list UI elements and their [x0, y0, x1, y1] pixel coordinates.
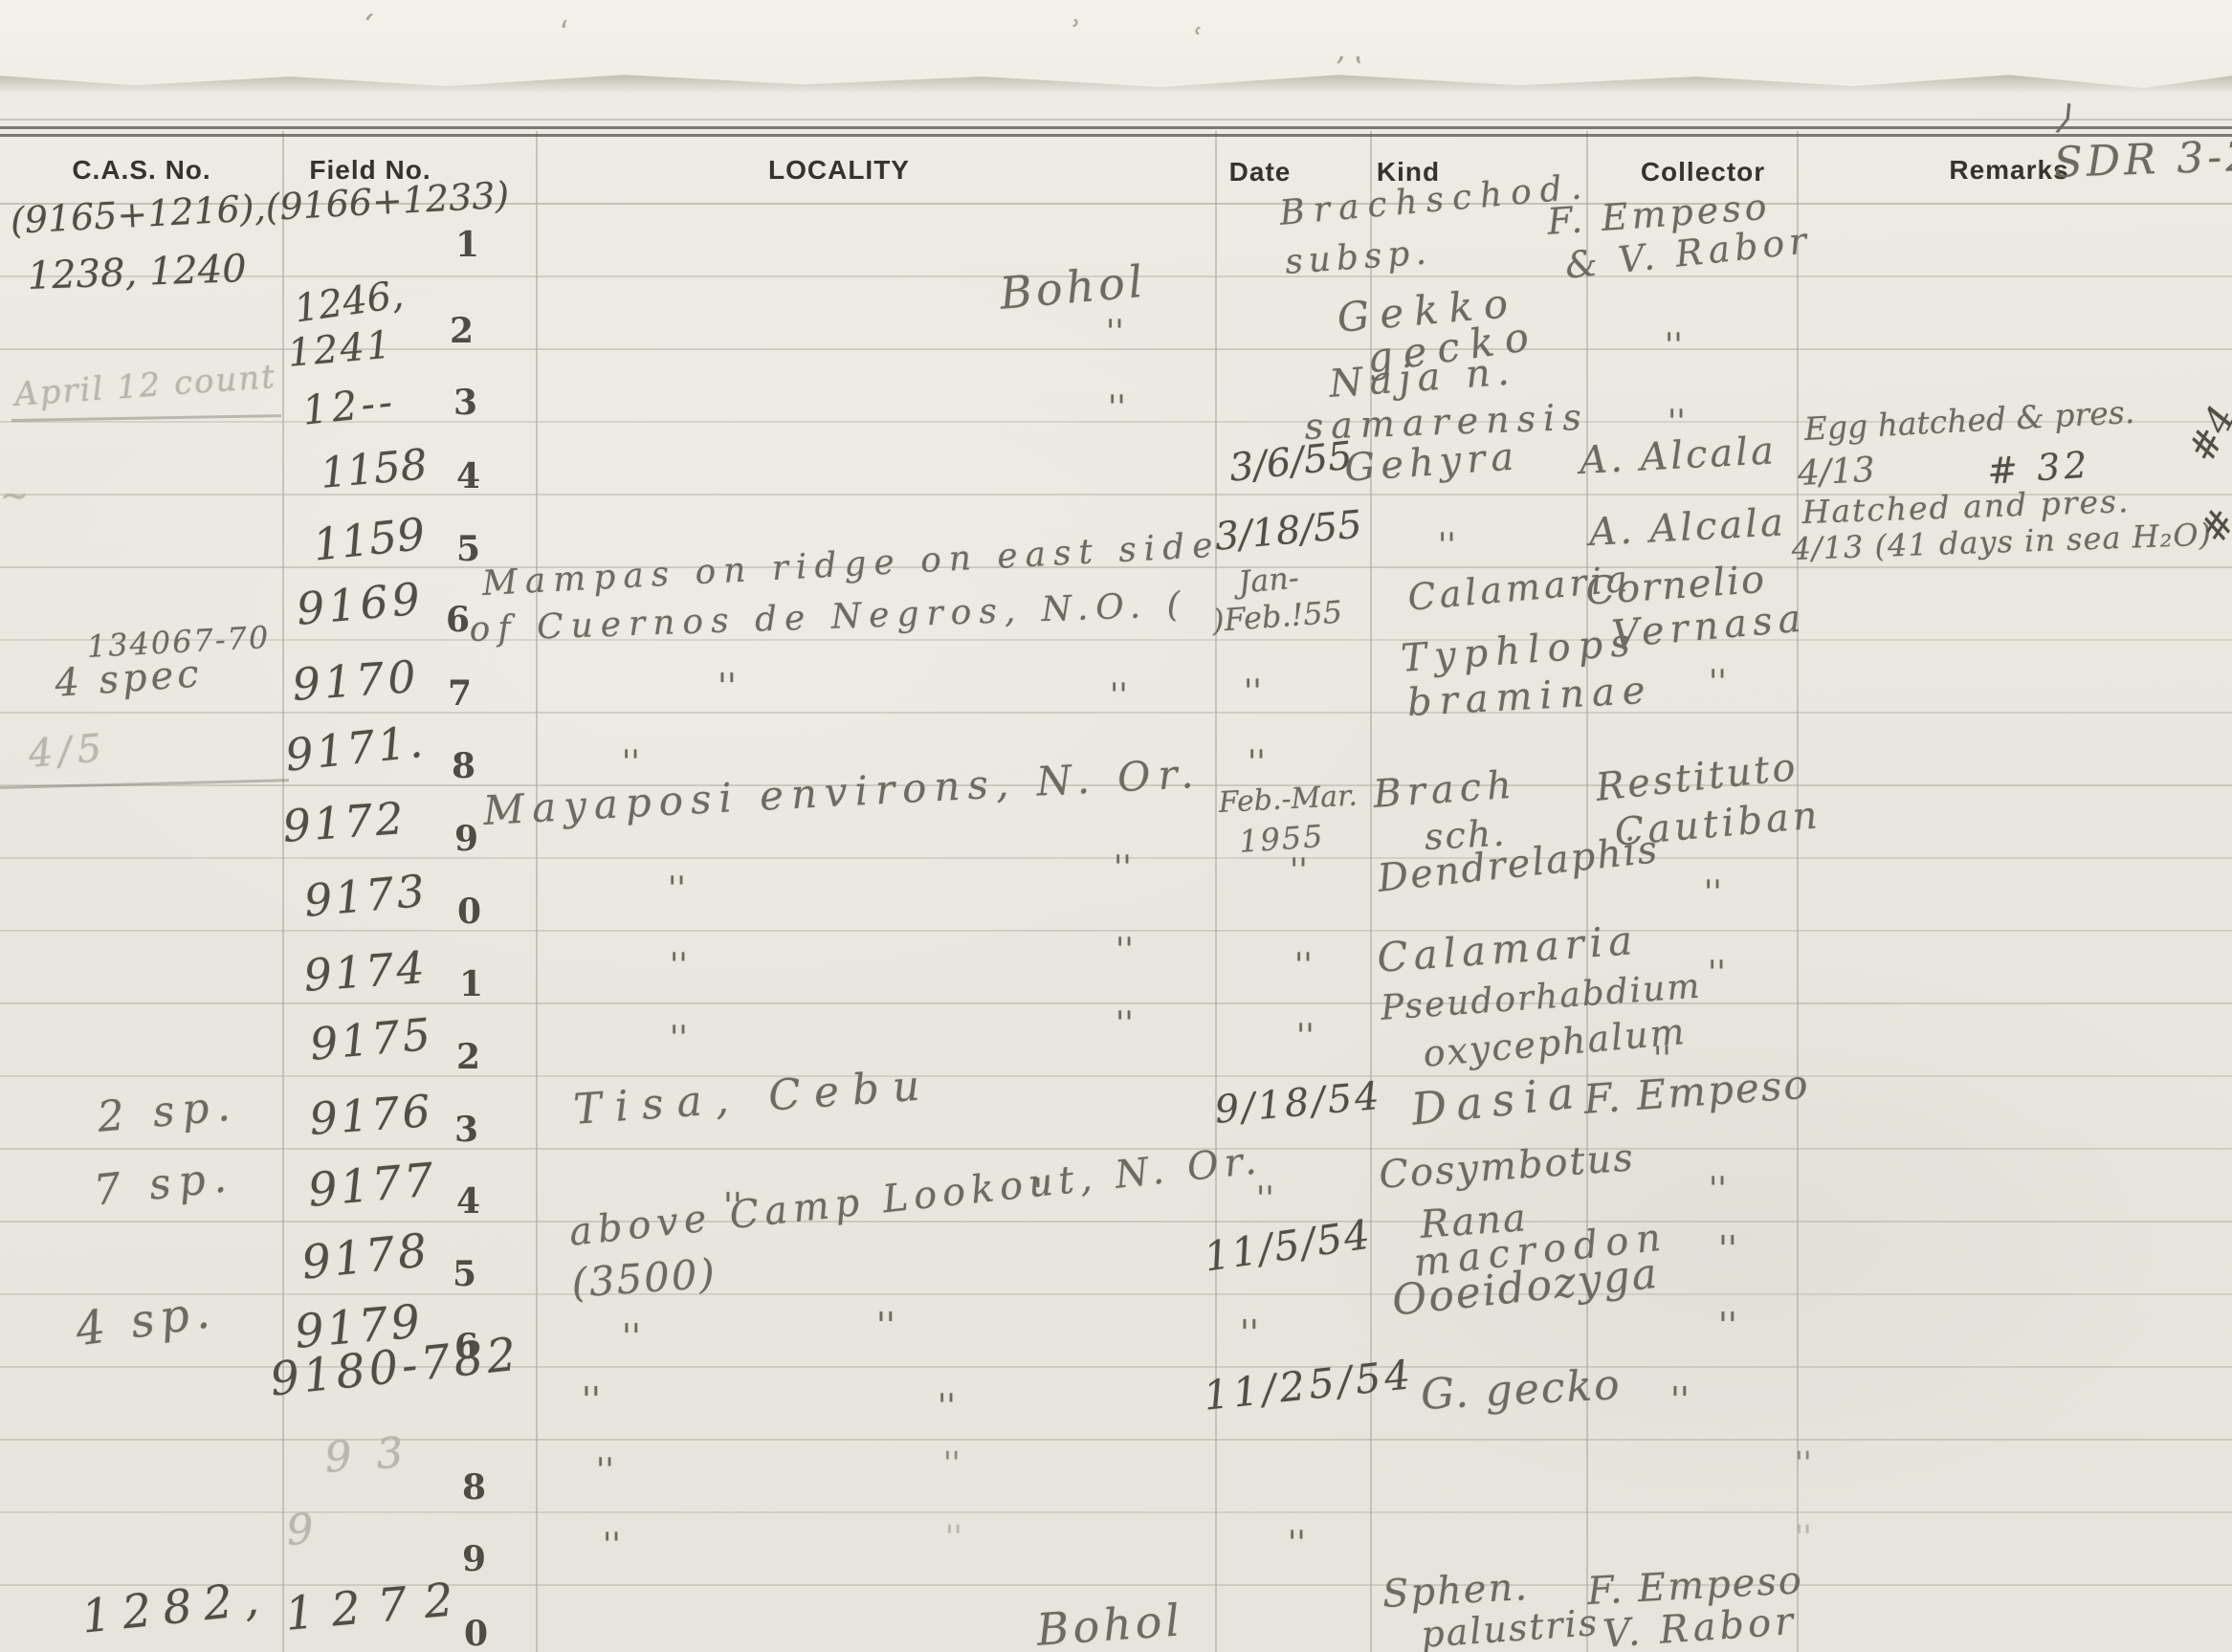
collector-entry: '' — [1708, 957, 1726, 991]
locality-entry: '' — [670, 1022, 688, 1056]
field-no-entry: 9174 — [302, 944, 429, 999]
column-rule — [1586, 131, 1588, 1652]
field-no-entry: 9 3 — [323, 1431, 410, 1481]
stray-pencil-mark: ~ — [0, 478, 29, 515]
cas-entry: (9165+1216),(9166+1233) — [10, 177, 510, 241]
locality-entry: '' — [945, 1521, 962, 1553]
date-entry: 1955 — [1238, 821, 1326, 859]
locality-entry: '' — [876, 1309, 895, 1345]
column-rule — [536, 131, 538, 1652]
kind-entry: Naja n. — [1328, 351, 1517, 405]
ruled-line — [0, 1293, 2232, 1295]
ruled-line — [0, 1148, 2232, 1150]
preprinted-line-number: 7 — [448, 676, 472, 711]
date-entry: 9/18/54 — [1213, 1076, 1383, 1131]
stray-pencil-mark: ’ ‛ — [1336, 54, 1363, 84]
locality-entry: Bohol — [998, 258, 1148, 317]
field-no-entry: 1158 — [319, 443, 430, 496]
preprinted-line-number: 5 — [453, 1257, 476, 1291]
kind-entry: Cosymbotus — [1378, 1137, 1636, 1196]
preprinted-line-number: 6 — [446, 603, 470, 637]
field-no-entry: 9176 — [308, 1088, 434, 1142]
date-entry: 11/5/54 — [1202, 1214, 1374, 1279]
collector-entry: A. Alcala — [1588, 502, 1787, 553]
cas-entry: 2 sp. — [96, 1084, 239, 1140]
locality-entry: '' — [1116, 1007, 1134, 1042]
collector-entry: '' — [1709, 666, 1727, 700]
date-entry: Jan- — [1237, 562, 1300, 599]
preprinted-line-number: 1 — [455, 228, 479, 262]
ruled-line — [0, 1221, 2232, 1222]
cas-entry: 4 sp. — [73, 1288, 218, 1355]
collector-entry: '' — [1709, 1173, 1727, 1207]
date-entry: '' — [1288, 1527, 1306, 1561]
collector-entry: '' — [1795, 1447, 1812, 1480]
field-no-entry: 9175 — [308, 1011, 435, 1068]
preprinted-line-number: 8 — [452, 749, 475, 783]
preprinted-line-number: 0 — [457, 894, 481, 929]
ruled-line — [0, 1075, 2232, 1077]
preprinted-line-number: 8 — [462, 1470, 486, 1505]
locality-entry: (3500) — [570, 1252, 718, 1305]
preprinted-line-number: 4 — [456, 1184, 480, 1219]
preprinted-line-number: 3 — [454, 1112, 478, 1147]
collector-entry: '' — [1670, 1383, 1690, 1420]
date-entry: Feb.-Mar. — [1218, 781, 1358, 818]
header-rule-echo — [0, 119, 2232, 121]
kind-entry: '' — [1438, 529, 1456, 563]
date-entry: 11/25/54 — [1202, 1354, 1416, 1418]
kind-entry: Dendrelaphis — [1376, 829, 1661, 899]
date-entry: '' — [1256, 1182, 1274, 1217]
cas-entry: April 12 count — [13, 361, 277, 413]
torn-paper-edge — [0, 0, 2232, 88]
locality-entry: '' — [938, 1390, 956, 1424]
locality-entry: '' — [603, 1529, 621, 1563]
ruled-line — [0, 639, 2232, 641]
preprinted-line-number: 3 — [453, 385, 477, 420]
column-header-date: Date — [1229, 157, 1292, 187]
locality-entry: '' — [596, 1454, 614, 1488]
preprinted-line-number: 2 — [456, 1040, 480, 1074]
header-rule-top — [0, 126, 2232, 129]
header-rule-bottom — [0, 134, 2232, 137]
kind-entry: subsp. — [1284, 234, 1433, 280]
locality-entry: '' — [1116, 934, 1134, 968]
column-rule — [1797, 131, 1799, 1652]
column-header-remarks: Remarks — [1949, 155, 2068, 186]
collector-entry: F. Empeso — [1582, 1064, 1811, 1121]
field-no-entry: 9170 — [291, 653, 421, 708]
locality-entry: above Camp Lookout, N. Or. — [567, 1140, 1264, 1253]
field-no-entry: 9178 — [299, 1226, 432, 1288]
kind-entry: Brach — [1372, 764, 1518, 814]
locality-entry: '' — [668, 872, 686, 907]
cas-entry: 4/5 — [27, 728, 109, 775]
field-no-entry: 9171. — [283, 718, 428, 779]
kind-entry: Gehyra — [1343, 436, 1520, 489]
collector-entry: '' — [1665, 329, 1683, 363]
locality-entry: '' — [670, 949, 688, 983]
locality-entry: Tisa, Cebu — [572, 1064, 935, 1133]
date-entry: '' — [1294, 949, 1313, 983]
locality-entry: Mayaposi environs, N. Or. — [482, 753, 1202, 832]
locality-entry: '' — [1110, 679, 1128, 714]
preprinted-line-number: 5 — [456, 532, 480, 566]
date-entry: '' — [1248, 746, 1266, 781]
stray-pencil-mark: #4 — [2181, 400, 2232, 469]
locality-entry: '' — [1108, 391, 1126, 426]
date-entry: '' — [1244, 675, 1262, 710]
ledger-sheet: C.A.S. No. Field No. LOCALITY Date Kind … — [0, 0, 2232, 1652]
date-entry: )Feb.!55 — [1211, 597, 1343, 638]
column-header-cas-no: C.A.S. No. — [72, 155, 210, 186]
cas-entry: 4 spec — [54, 653, 204, 704]
cas-entry: 7 sp. — [92, 1156, 236, 1214]
column-header-locality: LOCALITY — [768, 155, 910, 186]
collector-entry: '' — [1718, 1232, 1737, 1268]
kind-entry: Dasia — [1409, 1068, 1585, 1133]
preprinted-line-number: 2 — [450, 314, 474, 348]
field-no-entry: 1246, — [292, 275, 406, 330]
collector-entry: '' — [1718, 1309, 1737, 1345]
locality-entry: '' — [622, 1320, 641, 1356]
collector-entry: '' — [1704, 876, 1722, 911]
field-no-entry: 9169 — [295, 575, 426, 632]
field-no-entry: 1241 — [286, 324, 394, 373]
date-entry: 3/6/55 — [1227, 436, 1354, 489]
field-no-entry: 1159 — [311, 511, 427, 568]
column-header-collector: Collector — [1641, 157, 1765, 187]
collector-entry: '' — [1795, 1521, 1812, 1553]
field-no-entry: 9177 — [306, 1156, 438, 1215]
date-entry: '' — [1290, 854, 1308, 889]
stray-pencil-mark: ʾ — [1070, 17, 1078, 48]
kind-entry: Calamaria — [1376, 919, 1639, 980]
remarks-entry: 4/13 — [1797, 452, 1876, 493]
preprinted-line-number: 4 — [456, 459, 480, 494]
locality-entry: Bohol — [1035, 1597, 1185, 1652]
kind-entry: G. gecko — [1420, 1363, 1623, 1418]
column-rule — [282, 131, 284, 1652]
locality-entry: '' — [943, 1447, 961, 1480]
kind-entry: palustris — [1420, 1604, 1601, 1652]
field-no-entry: 9172 — [281, 795, 408, 849]
locality-entry: '' — [718, 670, 737, 706]
locality-entry: '' — [1106, 316, 1124, 350]
column-rule — [1215, 131, 1217, 1652]
stray-pencil-mark: ʿ — [1192, 25, 1201, 55]
preprinted-line-number: 1 — [459, 967, 483, 1002]
field-no-entry: 9173 — [302, 868, 430, 924]
date-entry: 3/18/55 — [1213, 505, 1363, 558]
date-entry: '' — [1240, 1316, 1259, 1353]
locality-entry: '' — [582, 1383, 601, 1420]
locality-entry: '' — [622, 746, 640, 781]
preprinted-line-number: 9 — [454, 822, 478, 856]
remarks-entry: Egg hatched & pres. — [1803, 396, 2135, 447]
ruled-line — [0, 1511, 2232, 1513]
collector-entry: A. Alcala — [1579, 430, 1778, 481]
remarks-code: SDR 3-25 — [2053, 134, 2232, 187]
field-no-entry: 12-- — [300, 381, 398, 432]
cas-entry: 1238, 1240 — [27, 249, 247, 297]
date-entry: '' — [1296, 1020, 1315, 1054]
locality-entry: '' — [1114, 851, 1132, 886]
field-no-entry: 9 — [285, 1508, 315, 1553]
